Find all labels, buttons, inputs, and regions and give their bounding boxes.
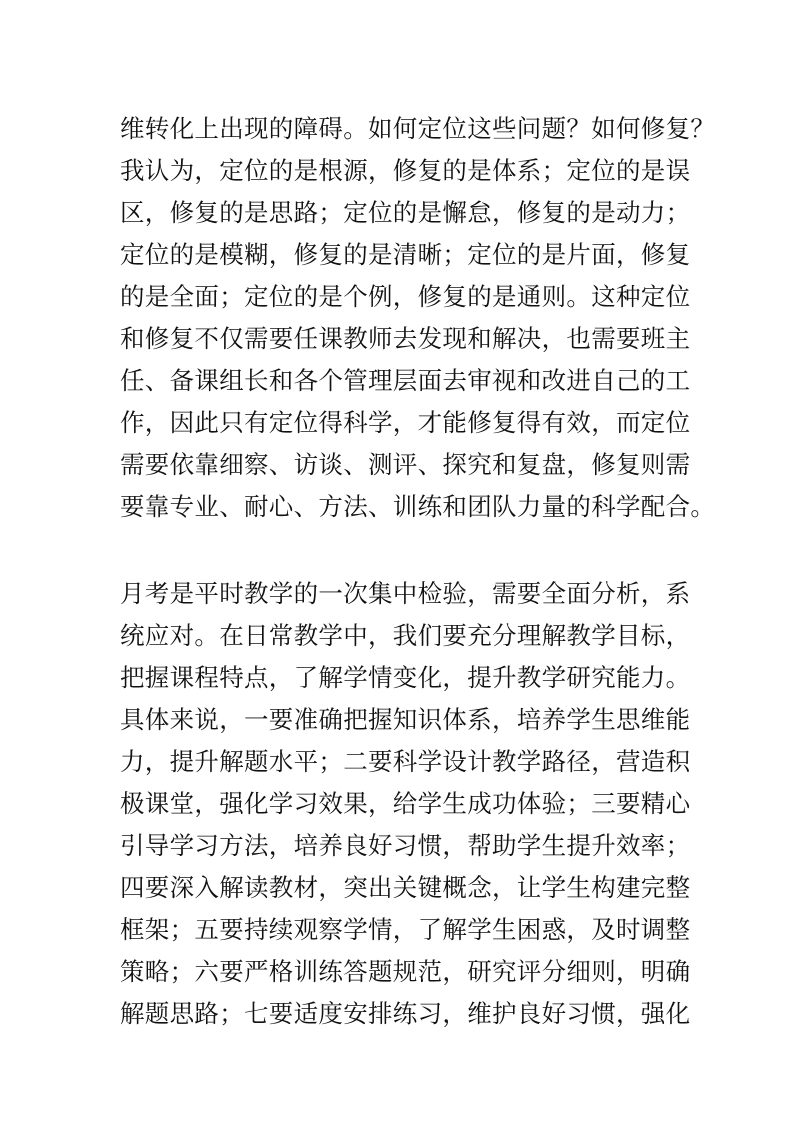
text-line: 定位的是模糊，修复的是清晰；定位的是片面，修复 [120, 234, 700, 276]
text-line: 我认为，定位的是根源，修复的是体系；定位的是误 [120, 150, 700, 192]
text-line: 和修复不仅需要任课教师去发现和解决，也需要班主 [120, 318, 700, 360]
document-page: 维转化上出现的障碍。如何定位这些问题？如何修复？ 我认为，定位的是根源，修复的是… [120, 108, 700, 1035]
text-line: 统应对。在日常教学中，我们要充分理解教学目标， [120, 615, 700, 657]
text-line: 引导学习方法，培养良好习惯，帮助学生提升效率； [120, 825, 700, 867]
text-line: 把握课程特点，了解学情变化，提升教学研究能力。 [120, 657, 700, 699]
text-line: 的是全面；定位的是个例，修复的是通则。这种定位 [120, 276, 700, 318]
paragraph-1: 维转化上出现的障碍。如何定位这些问题？如何修复？ 我认为，定位的是根源，修复的是… [120, 108, 700, 528]
text-line: 月考是平时教学的一次集中检验，需要全面分析，系 [120, 573, 700, 615]
paragraph-spacer [120, 528, 700, 573]
text-line: 极课堂，强化学习效果，给学生成功体验；三要精心 [120, 783, 700, 825]
text-line: 需要依靠细察、访谈、测评、探究和复盘，修复则需 [120, 444, 700, 486]
text-line: 作，因此只有定位得科学，才能修复得有效，而定位 [120, 402, 700, 444]
text-line: 要靠专业、耐心、方法、训练和团队力量的科学配合。 [120, 486, 700, 528]
text-line: 四要深入解读教材，突出关键概念，让学生构建完整 [120, 867, 700, 909]
text-line: 力，提升解题水平；二要科学设计教学路径，营造积 [120, 741, 700, 783]
text-line: 策略；六要严格训练答题规范，研究评分细则，明确 [120, 951, 700, 993]
text-line: 解题思路；七要适度安排练习，维护良好习惯，强化 [120, 993, 700, 1035]
text-line: 维转化上出现的障碍。如何定位这些问题？如何修复？ [120, 108, 700, 150]
paragraph-2: 月考是平时教学的一次集中检验，需要全面分析，系 统应对。在日常教学中，我们要充分… [120, 573, 700, 1035]
text-line: 具体来说，一要准确把握知识体系，培养学生思维能 [120, 699, 700, 741]
text-line: 任、备课组长和各个管理层面去审视和改进自己的工 [120, 360, 700, 402]
text-line: 区，修复的是思路；定位的是懈怠，修复的是动力； [120, 192, 700, 234]
text-line: 框架；五要持续观察学情，了解学生困惑，及时调整 [120, 909, 700, 951]
